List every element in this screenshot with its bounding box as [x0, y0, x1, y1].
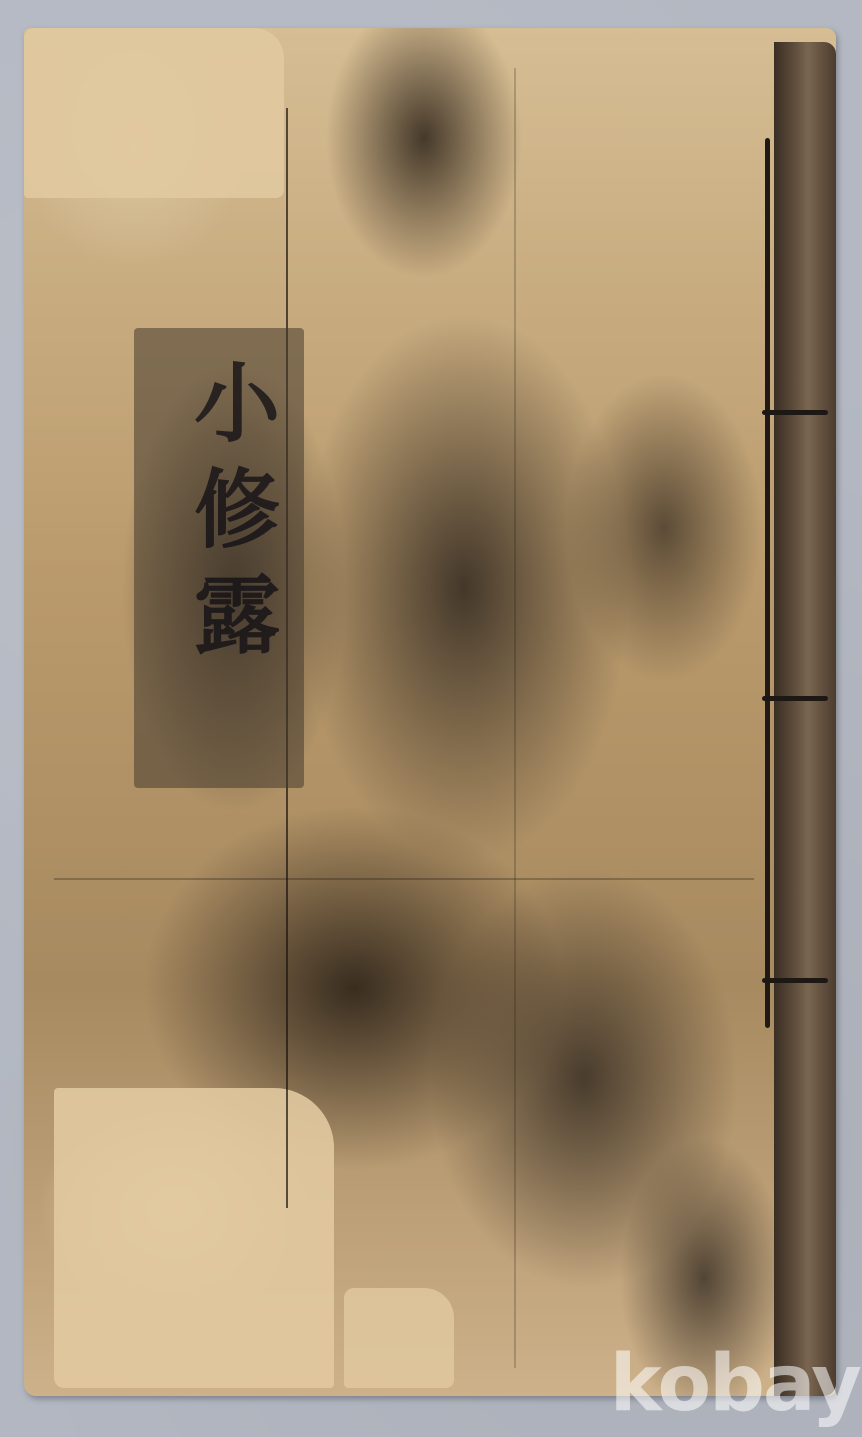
cover-title: 小修露: [174, 358, 284, 676]
binding-thread: [765, 138, 770, 1028]
book-spine: [774, 42, 836, 1396]
paper-crease: [54, 878, 754, 880]
watermark: kobay: [610, 1339, 860, 1429]
torn-paper-patch: [344, 1288, 454, 1388]
paper-crease: [514, 68, 516, 1368]
binding-stitch: [762, 978, 828, 983]
torn-paper-patch: [54, 1088, 334, 1388]
torn-paper-patch: [24, 28, 284, 198]
binding-stitch: [762, 696, 828, 701]
book-cover: 小修露: [24, 28, 836, 1396]
binding-stitch: [762, 410, 828, 415]
